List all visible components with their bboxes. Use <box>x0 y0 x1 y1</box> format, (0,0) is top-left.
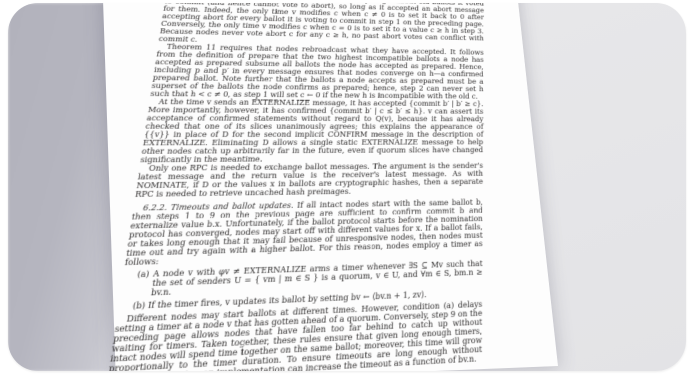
paragraph-theorem-11: Theorem 11 requires that nodes rebroadca… <box>150 44 484 102</box>
item-b-label: (b) <box>132 301 146 312</box>
scanned-page-text: of accept. Glossing over this point, a n… <box>108 3 484 371</box>
paragraph-rpc: Only one RPC is needed to exchange ballo… <box>134 163 483 200</box>
item-a-label: (a) <box>137 270 150 281</box>
paragraph-timers: Different nodes may start ballots at dif… <box>106 301 482 371</box>
paragraph-externalize: At the time v sends an EXTERNALIZE messa… <box>140 99 484 165</box>
photo-card: of accept. Glossing over this point, a n… <box>8 3 686 371</box>
section-6-2-2: 6.2.2. Timeouts and ballot updates. If a… <box>124 199 483 268</box>
